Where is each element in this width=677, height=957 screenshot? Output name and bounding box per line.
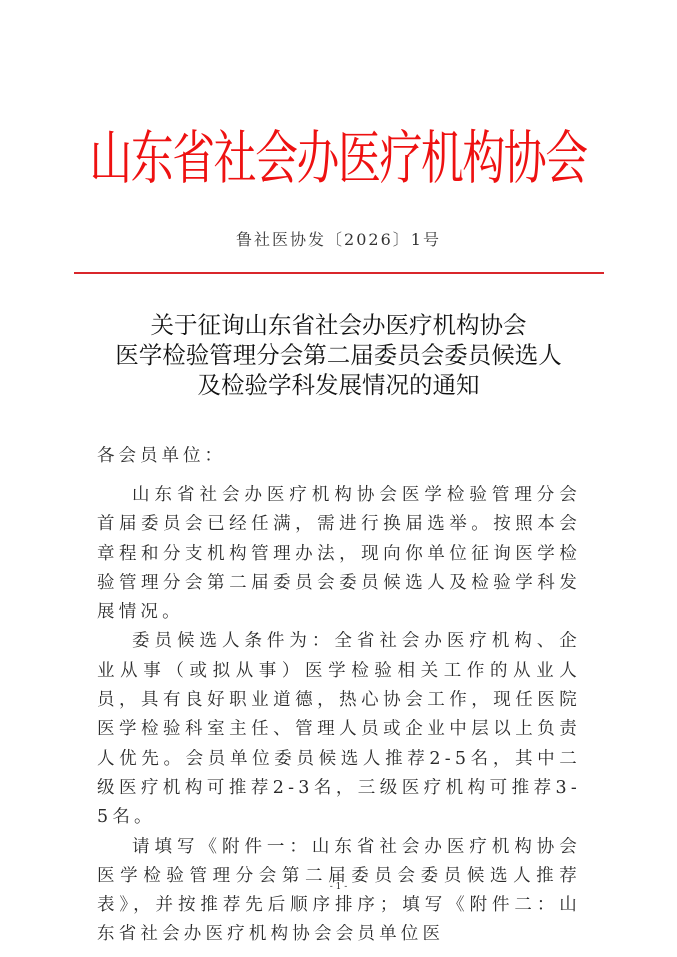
subject-line-2: 医学检验管理分会第二届委员会委员候选人 [0,340,677,370]
body-paragraph-candidate-criteria: 委员候选人条件为：全省社会办医疗机构、企业从事（或拟从事）医学检验相关工作的从业… [97,627,581,832]
body-paragraph-election: 山东省社会办医疗机构协会医学检验管理分会首届委员会已经任满，需进行换届选举。按照… [97,481,581,627]
notice-subject-title: 关于征询山东省社会办医疗机构协会 医学检验管理分会第二届委员会委员候选人 及检验… [0,310,677,400]
page-number: - 1 - [0,880,677,894]
red-separator-rule [74,272,604,274]
organization-letterhead-title: 山东省社会办医疗机构协会 [0,118,677,198]
organization-name: 山东省社会办医疗机构协会 [90,118,587,198]
subject-line-1: 关于征询山东省社会办医疗机构协会 [0,310,677,340]
document-page: 山东省社会办医疗机构协会 鲁社医协发〔2026〕1号 关于征询山东省社会办医疗机… [0,0,677,957]
document-number: 鲁社医协发〔2026〕1号 [0,228,677,252]
subject-line-3: 及检验学科发展情况的通知 [0,370,677,400]
salutation: 各会员单位： [97,444,226,468]
